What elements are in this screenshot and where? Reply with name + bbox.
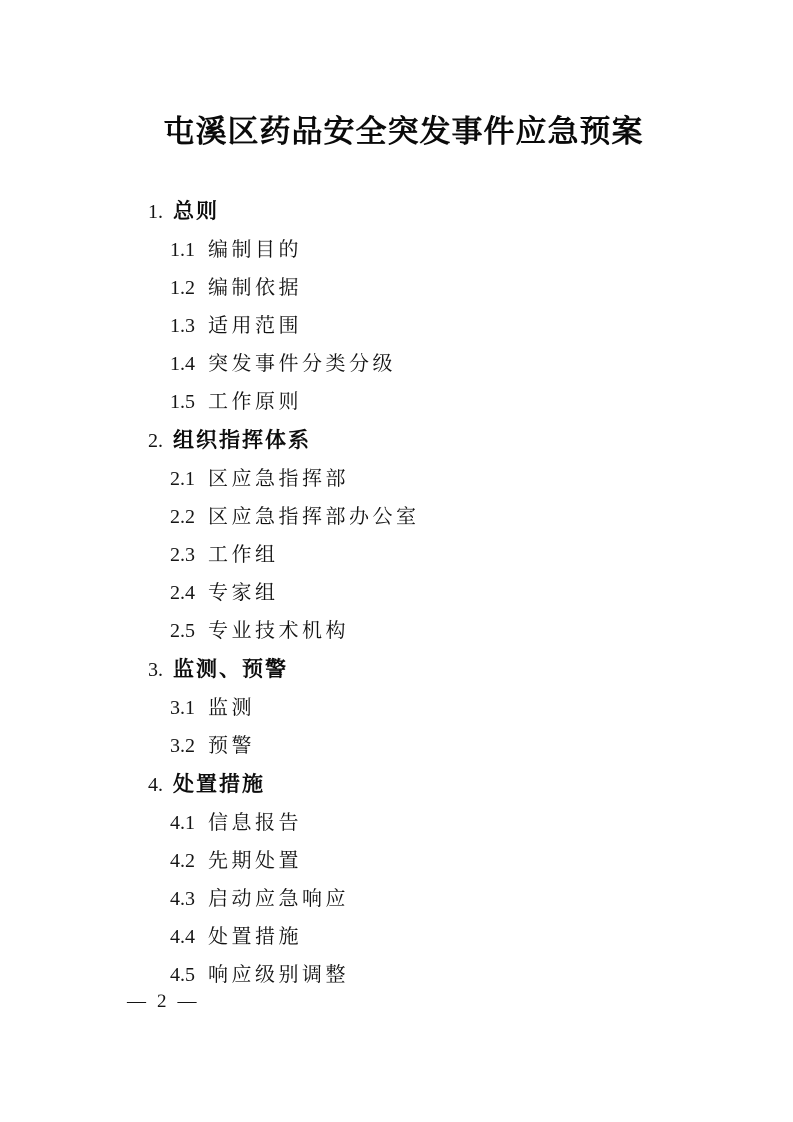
toc-item-number: 4.2 — [170, 849, 200, 873]
toc-item-label: 处置措施 — [208, 926, 302, 948]
toc-item-label: 启动应急响应 — [208, 888, 349, 910]
toc-item-number: 2.4 — [170, 581, 200, 605]
toc-item-1-3: 1.3适用范围 — [148, 314, 668, 338]
toc-section-number: 3. — [148, 658, 173, 682]
toc-item-number: 1.2 — [170, 276, 200, 300]
toc-item-label: 区应急指挥部办公室 — [208, 506, 420, 528]
toc-item-number: 1.3 — [170, 314, 200, 338]
toc-item-1-2: 1.2编制依据 — [148, 276, 668, 300]
toc-item-number: 4.5 — [170, 963, 200, 987]
toc-item-1-4: 1.4突发事件分类分级 — [148, 352, 668, 376]
toc-section-2: 2.组织指挥体系 — [148, 428, 668, 453]
toc-section-label: 处置措施 — [173, 773, 265, 796]
toc-item-number: 2.1 — [170, 467, 200, 491]
table-of-contents: 1.总则 1.1编制目的 1.2编制依据 1.3适用范围 1.4突发事件分类分级… — [148, 199, 668, 1001]
toc-item-label: 区应急指挥部 — [208, 468, 349, 490]
toc-item-number: 2.2 — [170, 505, 200, 529]
toc-item-label: 适用范围 — [208, 315, 302, 337]
toc-section-number: 4. — [148, 773, 173, 797]
toc-section-1: 1.总则 — [148, 199, 668, 224]
toc-item-2-4: 2.4专家组 — [148, 581, 668, 605]
toc-item-4-2: 4.2先期处置 — [148, 849, 668, 873]
toc-section-label: 总则 — [173, 200, 219, 223]
toc-item-number: 4.3 — [170, 887, 200, 911]
toc-item-number: 2.3 — [170, 543, 200, 567]
page-title: 屯溪区药品安全突发事件应急预案 — [0, 106, 793, 151]
toc-item-number: 3.1 — [170, 696, 200, 720]
toc-item-number: 1.1 — [170, 238, 200, 262]
toc-item-3-1: 3.1监测 — [148, 696, 668, 720]
toc-item-1-5: 1.5工作原则 — [148, 390, 668, 414]
toc-item-2-3: 2.3工作组 — [148, 543, 668, 567]
toc-section-3: 3.监测、预警 — [148, 657, 668, 682]
toc-item-label: 先期处置 — [208, 850, 302, 872]
toc-item-label: 专业技术机构 — [208, 620, 349, 642]
page-number: 2 — [157, 991, 167, 1012]
toc-item-number: 1.5 — [170, 390, 200, 414]
toc-item-number: 4.4 — [170, 925, 200, 949]
footer-right-dash: — — [178, 991, 197, 1012]
toc-item-3-2: 3.2预警 — [148, 734, 668, 758]
toc-item-label: 工作组 — [208, 544, 279, 566]
toc-section-4: 4.处置措施 — [148, 772, 668, 797]
toc-item-1-1: 1.1编制目的 — [148, 238, 668, 262]
footer-left-dash: — — [127, 991, 146, 1012]
toc-item-number: 4.1 — [170, 811, 200, 835]
toc-item-number: 1.4 — [170, 352, 200, 376]
toc-item-4-3: 4.3启动应急响应 — [148, 887, 668, 911]
toc-section-label: 监测、预警 — [173, 658, 288, 681]
toc-item-label: 工作原则 — [208, 391, 302, 413]
toc-item-2-1: 2.1区应急指挥部 — [148, 467, 668, 491]
toc-section-label: 组织指挥体系 — [173, 429, 311, 452]
toc-item-label: 编制目的 — [208, 239, 302, 261]
toc-item-label: 监测 — [208, 697, 255, 719]
toc-item-label: 突发事件分类分级 — [208, 353, 396, 375]
toc-item-label: 专家组 — [208, 582, 279, 604]
toc-item-label: 预警 — [208, 735, 255, 757]
toc-item-2-2: 2.2区应急指挥部办公室 — [148, 505, 668, 529]
toc-item-label: 编制依据 — [208, 277, 302, 299]
toc-item-4-1: 4.1信息报告 — [148, 811, 668, 835]
toc-section-number: 1. — [148, 200, 173, 224]
toc-item-label: 信息报告 — [208, 812, 302, 834]
toc-item-number: 3.2 — [170, 734, 200, 758]
toc-item-label: 响应级别调整 — [208, 964, 349, 986]
page-footer: —2— — [127, 991, 197, 1013]
toc-item-number: 2.5 — [170, 619, 200, 643]
toc-item-4-5: 4.5响应级别调整 — [148, 963, 668, 987]
toc-item-4-4: 4.4处置措施 — [148, 925, 668, 949]
document-page: 屯溪区药品安全突发事件应急预案 1.总则 1.1编制目的 1.2编制依据 1.3… — [0, 0, 793, 1122]
toc-item-2-5: 2.5专业技术机构 — [148, 619, 668, 643]
toc-section-number: 2. — [148, 429, 173, 453]
